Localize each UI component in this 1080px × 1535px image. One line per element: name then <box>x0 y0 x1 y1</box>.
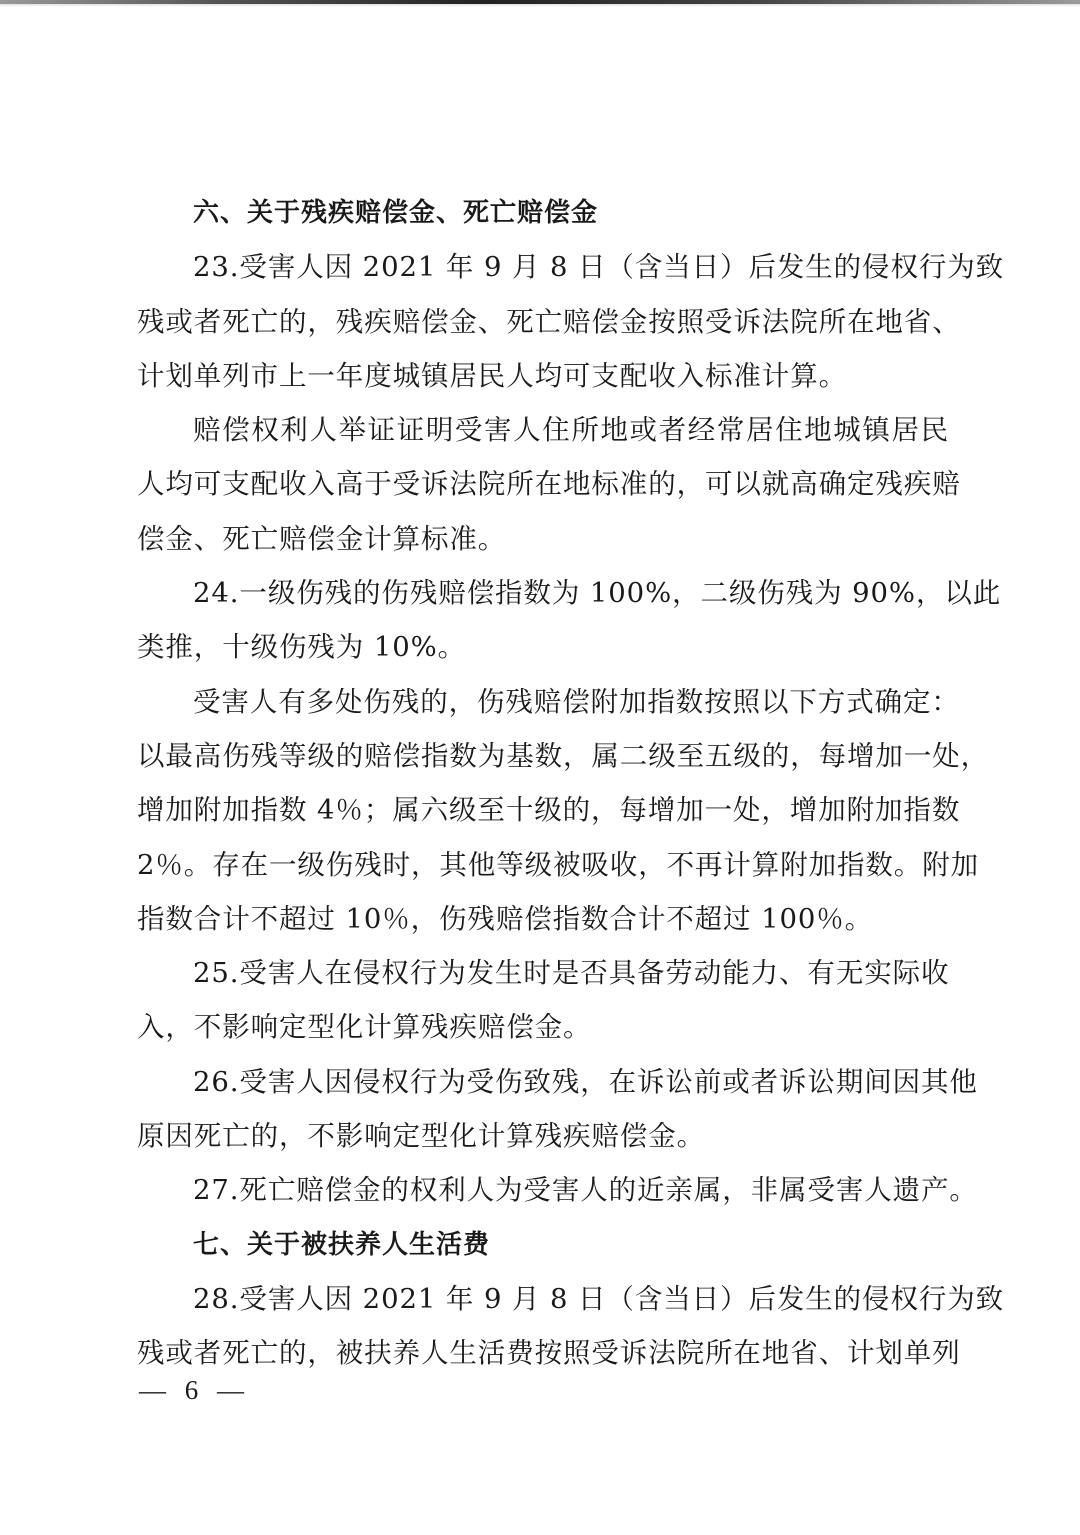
paragraph-line: 类推，十级伤残为 10%。 <box>137 620 949 674</box>
paragraph-23-2: 赔偿权利人举证证明受害人住所地或者经常居住地城镇居民 人均可支配收入高于受诉法院… <box>137 403 949 566</box>
paragraph-line: 指数合计不超过 10％，伤残赔偿指数合计不超过 100％。 <box>137 892 949 946</box>
paragraph-line: 受害人有多处伤残的，伤残赔偿附加指数按照以下方式确定： <box>137 675 949 729</box>
paragraph-line: 增加附加指数 4％；属六级至十级的，每增加一处，增加附加指数 <box>137 783 949 837</box>
paragraph-line: 残或者死亡的，被扶养人生活费按照受诉法院所在地省、计划单列 <box>137 1326 949 1380</box>
paragraph-line: 28.受害人因 2021 年 9 月 8 日（含当日）后发生的侵权行为致 <box>137 1272 949 1326</box>
paragraph-line: 以最高伤残等级的赔偿指数为基数，属二级至五级的，每增加一处， <box>137 729 949 783</box>
paragraph-line: 入，不影响定型化计算残疾赔偿金。 <box>137 1000 949 1054</box>
paragraph-line: 25.受害人在侵权行为发生时是否具备劳动能力、有无实际收 <box>137 946 949 1000</box>
paragraph-26: 26.受害人因侵权行为受伤致残，在诉讼前或者诉讼期间因其他 原因死亡的，不影响定… <box>137 1055 949 1164</box>
section-heading-7: 七、关于被扶养人生活费 <box>137 1218 949 1272</box>
paragraph-27: 27.死亡赔偿金的权利人为受害人的近亲属，非属受害人遗产。 <box>137 1163 949 1217</box>
paragraph-line: 23.受害人因 2021 年 9 月 8 日（含当日）后发生的侵权行为致 <box>137 240 949 294</box>
paragraph-line: 偿金、死亡赔偿金计算标准。 <box>137 512 949 566</box>
paragraph-line: 赔偿权利人举证证明受害人住所地或者经常居住地城镇居民 <box>137 403 949 457</box>
paragraph-line: 2％。存在一级伤残时，其他等级被吸收，不再计算附加指数。附加 <box>137 838 949 892</box>
paragraph-line: 27.死亡赔偿金的权利人为受害人的近亲属，非属受害人遗产。 <box>137 1163 949 1217</box>
section-heading-6: 六、关于残疾赔偿金、死亡赔偿金 <box>137 186 949 240</box>
paragraph-line: 残或者死亡的，残疾赔偿金、死亡赔偿金按照受诉法院所在地省、 <box>137 295 949 349</box>
paragraph-line: 24.一级伤残的伤残赔偿指数为 100%，二级伤残为 90%，以此 <box>137 566 949 620</box>
scan-shadow <box>0 4 1080 7</box>
paragraph-24-2: 受害人有多处伤残的，伤残赔偿附加指数按照以下方式确定： 以最高伤残等级的赔偿指数… <box>137 675 949 946</box>
paragraph-line: 原因死亡的，不影响定型化计算残疾赔偿金。 <box>137 1109 949 1163</box>
page-number: — 6 — <box>139 1375 250 1406</box>
paragraph-28: 28.受害人因 2021 年 9 月 8 日（含当日）后发生的侵权行为致 残或者… <box>137 1272 949 1381</box>
paragraph-24: 24.一级伤残的伤残赔偿指数为 100%，二级伤残为 90%，以此 类推，十级伤… <box>137 566 949 675</box>
paragraph-line: 26.受害人因侵权行为受伤致残，在诉讼前或者诉讼期间因其他 <box>137 1055 949 1109</box>
paragraph-25: 25.受害人在侵权行为发生时是否具备劳动能力、有无实际收 入，不影响定型化计算残… <box>137 946 949 1055</box>
paragraph-23: 23.受害人因 2021 年 9 月 8 日（含当日）后发生的侵权行为致 残或者… <box>137 240 949 403</box>
paragraph-line: 计划单列市上一年度城镇居民人均可支配收入标准计算。 <box>137 349 949 403</box>
document-page: 六、关于残疾赔偿金、死亡赔偿金 23.受害人因 2021 年 9 月 8 日（含… <box>137 186 949 1381</box>
paragraph-line: 人均可支配收入高于受诉法院所在地标准的，可以就高确定残疾赔 <box>137 457 949 511</box>
